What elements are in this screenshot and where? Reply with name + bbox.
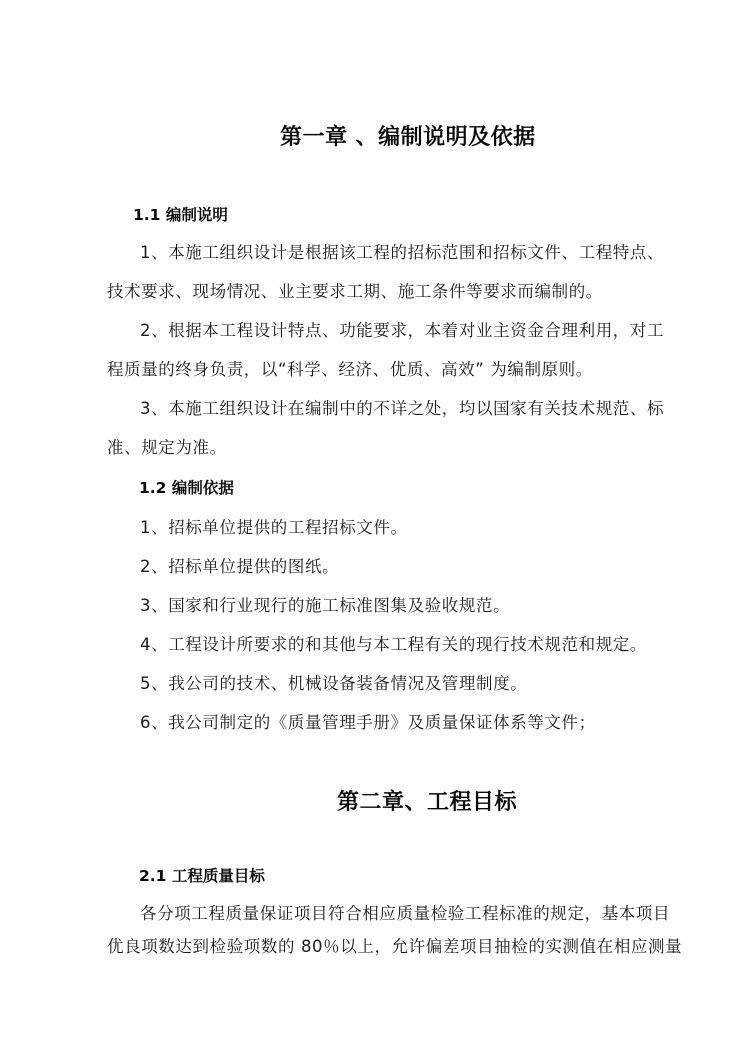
- basis-list-item-2: 2、招标单位提供的图纸。: [140, 553, 339, 577]
- section-1-1-para-3-line-2: 准、规定为准。: [107, 434, 227, 458]
- section-1-1-para-2-line-2: 程质量的终身负责，以“科学、经济、优质、高效” 为编制原则。: [107, 356, 593, 380]
- section-2-1-para-line-2: 优良项数达到检验项数的 80％以上，允许偏差项目抽检的实测值在相应测量: [107, 933, 682, 957]
- section-1-1-para-1-line-1: 1、本施工组织设计是根据该工程的招标范围和招标文件、工程特点、: [140, 239, 664, 263]
- basis-list-item-4: 4、工程设计所要求的和其他与本工程有关的现行技术规范和规定。: [140, 631, 647, 655]
- section-1-2-heading: 1.2 编制依据: [139, 476, 234, 498]
- section-2-1-heading: 2.1 工程质量目标: [139, 864, 265, 886]
- section-1-1-para-1-line-2: 技术要求、现场情况、业主要求工期、施工条件等要求而编制的。: [107, 278, 603, 302]
- chapter-2-title: 第二章、工程目标: [337, 785, 517, 816]
- section-1-1-para-3-line-1: 3、本施工组织设计在编制中的不详之处，均以国家有关技术规范、标: [140, 395, 664, 419]
- section-1-1-heading: 1.1 编制说明: [133, 203, 228, 225]
- basis-list-item-5: 5、我公司的技术、机械设备装备情况及管理制度。: [140, 670, 527, 694]
- basis-list-item-1: 1、招标单位提供的工程招标文件。: [140, 514, 408, 538]
- section-2-1-para-line-1: 各分项工程质量保证项目符合相应质量检验工程标准的规定，基本项目: [140, 900, 670, 924]
- basis-list-item-3: 3、国家和行业现行的施工标准图集及验收规范。: [140, 592, 510, 616]
- document-page: 第一章 、编制说明及依据 1.1 编制说明 1、本施工组织设计是根据该工程的招标…: [0, 0, 744, 1052]
- basis-list-item-6: 6、我公司制定的《质量管理手册》及质量保证体系等文件；: [140, 709, 596, 733]
- chapter-1-title: 第一章 、编制说明及依据: [280, 120, 536, 151]
- section-1-1-para-2-line-1: 2、根据本工程设计特点、功能要求，本着对业主资金合理利用，对工: [140, 317, 664, 341]
